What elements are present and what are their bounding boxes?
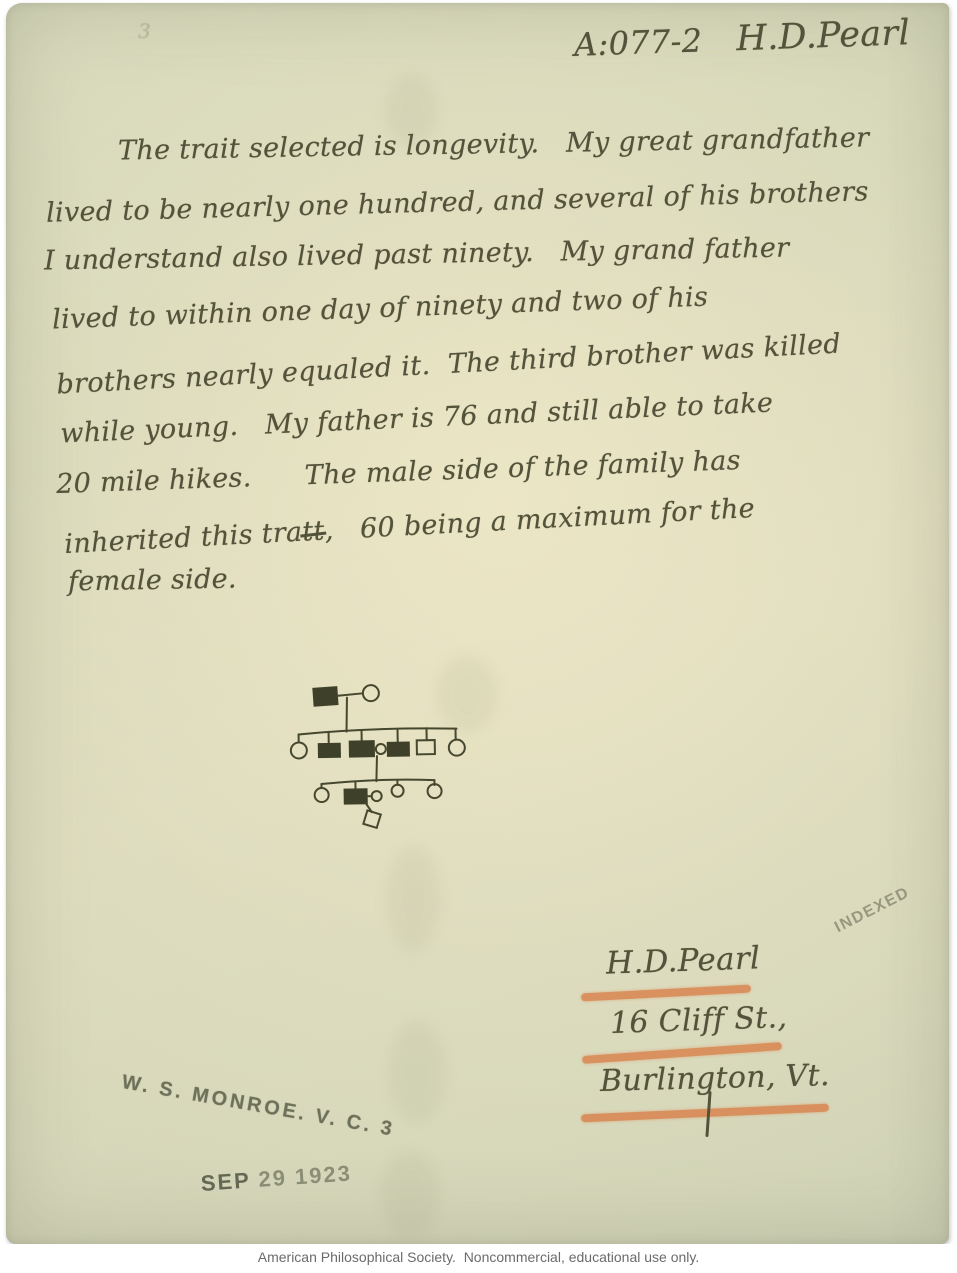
signature-underline [581, 985, 751, 1002]
header-signature: H.D.Pearl [736, 13, 911, 59]
indexed-stamp: INDEXED [832, 884, 913, 937]
file-code: A:077-2 [573, 21, 702, 63]
pedigree-descent-line [376, 756, 377, 781]
signature-name: H.D.Pearl [605, 940, 760, 981]
pedigree-g1-mother-circle [363, 685, 379, 701]
date-stamp: SEP 29 1923 [200, 1160, 353, 1196]
pedigree-g1-father-filled-square [313, 687, 337, 706]
pedigree-descent-line [346, 698, 348, 732]
pedigree-g2-son-filled-square [319, 744, 340, 757]
pedigree-sibship-line [321, 779, 434, 784]
date-stamp-month: SEP [200, 1168, 251, 1196]
letter-line: inherited this tratt, 60 being a maximum… [64, 493, 756, 560]
signature-address-street: 16 Cliff St., [609, 1000, 787, 1041]
letter-line: 20 mile hikes. The male side of the fami… [56, 445, 742, 500]
bleed-through-mark [388, 1021, 446, 1123]
footer-strip: American Philosophical Society. Noncomme… [0, 1244, 957, 1273]
footer-caption: American Philosophical Society. Noncomme… [258, 1249, 699, 1265]
pedigree-g3-daughter-circle [315, 788, 329, 802]
header-line: A:077-2H.D.Pearl [573, 13, 910, 65]
letter-line-8-struck: tt [302, 515, 326, 547]
letter-line-8-pre: inherited this tra [64, 517, 303, 560]
pedigree-g2-son-open-square [417, 740, 435, 754]
pedigree-generation-2 [291, 728, 466, 783]
pedigree-g3-son-filled-square [345, 789, 367, 803]
pedigree-generation-1 [313, 685, 379, 732]
pedigree-g3-spouse-circle [372, 791, 382, 801]
pedigree-g2-daughter-circle [291, 742, 307, 758]
date-stamp-year: 1923 [294, 1160, 353, 1189]
signature-underline [581, 1104, 829, 1123]
pedigree-g2-daughter-circle [449, 740, 465, 756]
pedigree-g3-daughter-circle [427, 784, 441, 798]
letter-line: The trait selected is longevity. My grea… [118, 122, 870, 166]
scanned-letter-page: 3 A:077-2H.D.Pearl The trait selected is… [6, 3, 949, 1244]
pedigree-marriage-line [338, 693, 363, 695]
pedigree-generation-4 [363, 803, 381, 828]
pedigree-sibship-line [299, 728, 457, 735]
pedigree-chart [283, 677, 481, 838]
date-stamp-day: 29 [258, 1165, 288, 1192]
pedigree-g2-spouse-circle [376, 744, 386, 754]
letter-line: while young. My father is 76 and still a… [60, 387, 774, 449]
bleed-through-mark [386, 845, 441, 953]
pedigree-g2-son-filled-square [388, 743, 409, 756]
bleed-through-mark [380, 1151, 440, 1237]
pedigree-g2-son-filled-square [350, 741, 374, 756]
faint-pencil-mark: 3 [138, 19, 151, 43]
letter-line-8-post: , 60 being a maximum for the [324, 493, 756, 547]
owner-stamp: W. S. MONROE. V. C. 3 [120, 1071, 397, 1142]
letter-line: lived to within one day of ninety and tw… [52, 282, 709, 336]
pedigree-generation-3 [314, 779, 441, 804]
pedigree-g3-daughter-circle [391, 785, 403, 797]
letter-line: lived to be nearly one hundred, and seve… [46, 176, 869, 229]
letter-line: female side. [68, 564, 237, 598]
signature-address-city: Burlington, Vt. [600, 1058, 831, 1099]
letter-line: I understand also lived past ninety. My … [44, 232, 790, 276]
